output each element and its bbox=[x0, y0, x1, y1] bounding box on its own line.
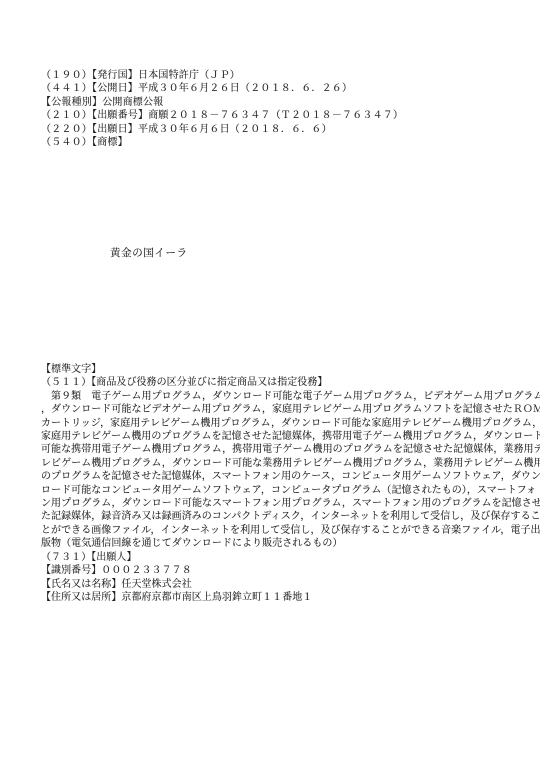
designated-goods-line: 【識別番号】０００２３３７７８ bbox=[41, 564, 513, 577]
gazette-page: （１９０）【発行国】日本国特許庁（ＪＰ）（４４１）【公開日】平成３０年６月２６日… bbox=[0, 0, 540, 764]
designated-goods-line: ロード可能なコンピュータ用ゲームソフトウェア，コンピュータプログラム（記憶された… bbox=[41, 484, 513, 497]
designated-goods-line: カートリッジ，家庭用テレビゲーム機用プログラム，ダウンロード可能な家庭用テレビゲ… bbox=[41, 417, 513, 430]
bibliographic-header-line: （２１０）【出願番号】商願２０１８－７６３４７（Ｔ２０１８－７６３４７） bbox=[41, 109, 403, 122]
designated-goods-line: 第９類 電子ゲーム用プログラム，ダウンロード可能な電子ゲーム用プログラム，ビデオ… bbox=[41, 390, 513, 403]
designated-goods-line: 家庭用テレビゲーム機用のプログラムを記憶させた記憶媒体，携帯用電子ゲーム機用プロ… bbox=[41, 430, 513, 443]
designated-goods-line: （７３１）【出願人】 bbox=[41, 551, 513, 564]
bibliographic-header-line: 【公報種別】公開商標公報 bbox=[41, 96, 403, 109]
designated-goods-line: ，ダウンロード可能なビデオゲーム用プログラム，家庭用テレビゲーム用プログラムソフ… bbox=[41, 403, 513, 416]
designated-goods-line: のプログラムを記憶させた記憶媒体，スマートフォン用のケース，コンピュータ用ゲーム… bbox=[41, 470, 513, 483]
designated-goods-line: レビゲーム機用プログラム，ダウンロード可能な業務用テレビゲーム機用プログラム，業… bbox=[41, 457, 513, 470]
designated-goods-block: 【標準文字】（５１１）【商品及び役務の区分並びに指定商品又は指定役務】 第９類 … bbox=[41, 363, 513, 604]
designated-goods-line: 版物（電気通信回線を通じてダウンロードにより販売されるもの） bbox=[41, 537, 513, 550]
bibliographic-header-line: （１９０）【発行国】日本国特許庁（ＪＰ） bbox=[41, 69, 403, 82]
designated-goods-line: とができる画像ファイル，インターネットを利用して受信し，及び保存することができる… bbox=[41, 524, 513, 537]
bibliographic-header-line: （４４１）【公開日】平成３０年６月２６日（２０１８．６．２６） bbox=[41, 82, 403, 95]
designated-goods-line: 【標準文字】 bbox=[41, 363, 513, 376]
trademark-text: 黄金の国イーラ bbox=[110, 245, 188, 260]
bibliographic-header-line: （５４０）【商標】 bbox=[41, 136, 403, 149]
designated-goods-line: ン用プログラム，ダウンロード可能なスマートフォン用プログラム，スマートフォン用の… bbox=[41, 497, 513, 510]
bibliographic-header-block: （１９０）【発行国】日本国特許庁（ＪＰ）（４４１）【公開日】平成３０年６月２６日… bbox=[41, 69, 403, 149]
designated-goods-line: 【氏名又は名称】任天堂株式会社 bbox=[41, 578, 513, 591]
designated-goods-line: （５１１）【商品及び役務の区分並びに指定商品又は指定役務】 bbox=[41, 376, 513, 389]
designated-goods-line: 【住所又は居所】京都府京都市南区上鳥羽鉾立町１１番地１ bbox=[41, 591, 513, 604]
designated-goods-line: 可能な携帯用電子ゲーム機用プログラム，携帯用電子ゲーム機用のプログラムを記憶させ… bbox=[41, 443, 513, 456]
designated-goods-line: た記録媒体，録音済み又は録画済みのコンパクトディスク，インターネットを利用して受… bbox=[41, 510, 513, 523]
bibliographic-header-line: （２２０）【出願日】平成３０年６月６日（２０１８．６．６） bbox=[41, 123, 403, 136]
